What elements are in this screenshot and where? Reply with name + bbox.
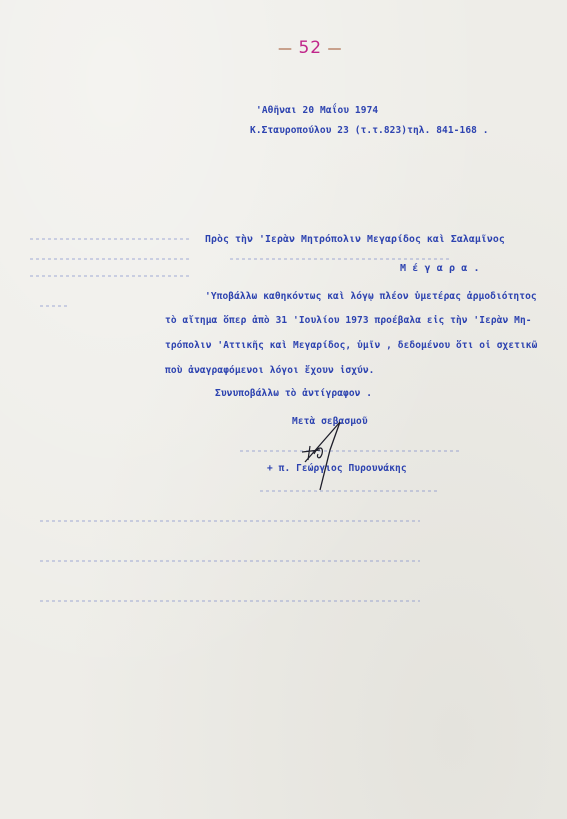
show-through-line bbox=[30, 238, 190, 240]
show-through-line bbox=[30, 258, 190, 260]
date-line: 'Αθῆναι 20 Μαΐου 1974 bbox=[256, 105, 378, 116]
body-line: 'Υποβάλλω καθηκόντως καὶ λόγῳ πλέον ὑμετ… bbox=[205, 291, 537, 302]
show-through-line bbox=[40, 520, 420, 522]
show-through-line bbox=[40, 305, 70, 307]
recipient-line: Πρὸς τὴν 'Ιερὰν Μητρόπολιν Μεγαρίδος καὶ… bbox=[205, 234, 505, 245]
handwritten-signature bbox=[300, 420, 360, 500]
show-through-line bbox=[40, 560, 420, 562]
show-through-line bbox=[230, 258, 450, 260]
show-through-line bbox=[30, 275, 190, 277]
body-line: ποὺ ἀναγραφόμενοι λόγοι ἔχουν ἰσχύν. bbox=[165, 365, 375, 376]
document-page: — 52 — 'Αθῆναι 20 Μαΐου 1974 Κ.Σταυροπού… bbox=[0, 0, 567, 819]
address-line: Κ.Σταυροπούλου 23 (τ.τ.823)τηλ. 841-168 … bbox=[250, 125, 489, 136]
page-number-dash: — bbox=[278, 41, 298, 57]
enclosure-line: Συνυποβάλλω τὸ ἀντίγραφον . bbox=[215, 388, 372, 399]
page-number: — 52 — bbox=[278, 38, 343, 58]
body-line: τρόπολιν 'Αττικῆς καὶ Μεγαρίδος, ὑμῖν , … bbox=[165, 340, 537, 351]
page-number-dash: — bbox=[322, 41, 342, 57]
show-through-line bbox=[40, 600, 420, 602]
body-line: τὸ αἴτημα ὅπερ ἀπὸ 31 'Ιουλίου 1973 προέ… bbox=[165, 315, 532, 326]
recipient-city: Μ έ γ α ρ α . bbox=[400, 263, 480, 274]
page-number-value: 52 bbox=[298, 38, 322, 58]
